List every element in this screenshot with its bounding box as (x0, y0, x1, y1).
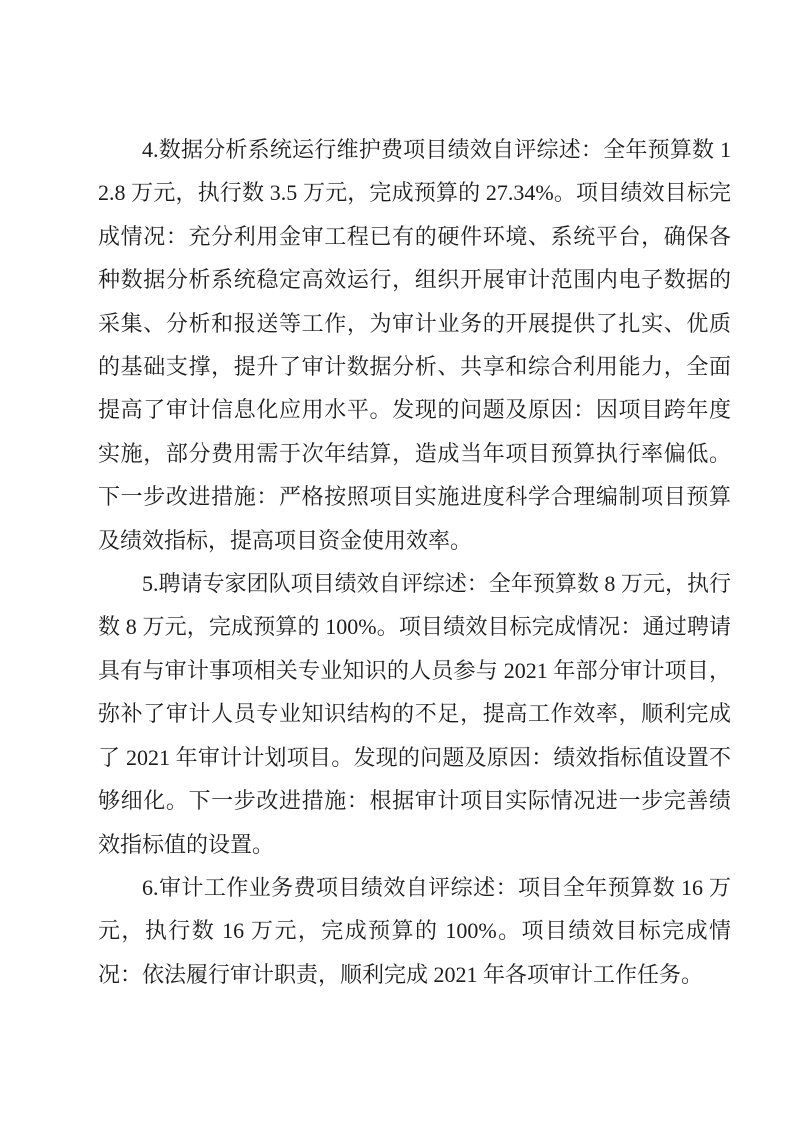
paragraph-item-6: 6.审计工作业务费项目绩效自评综述：项目全年预算数 16 万元，执行数 16 万… (98, 866, 731, 996)
paragraph-item-4: 4.数据分析系统运行维护费项目绩效自评综述：全年预算数 12.8 万元，执行数 … (98, 128, 731, 562)
document-page: 4.数据分析系统运行维护费项目绩效自评综述：全年预算数 12.8 万元，执行数 … (0, 0, 793, 1122)
paragraph-item-5: 5.聘请专家团队项目绩效自评综述：全年预算数 8 万元，执行数 8 万元，完成预… (98, 562, 731, 866)
document-text-block: 4.数据分析系统运行维护费项目绩效自评综述：全年预算数 12.8 万元，执行数 … (98, 128, 731, 996)
